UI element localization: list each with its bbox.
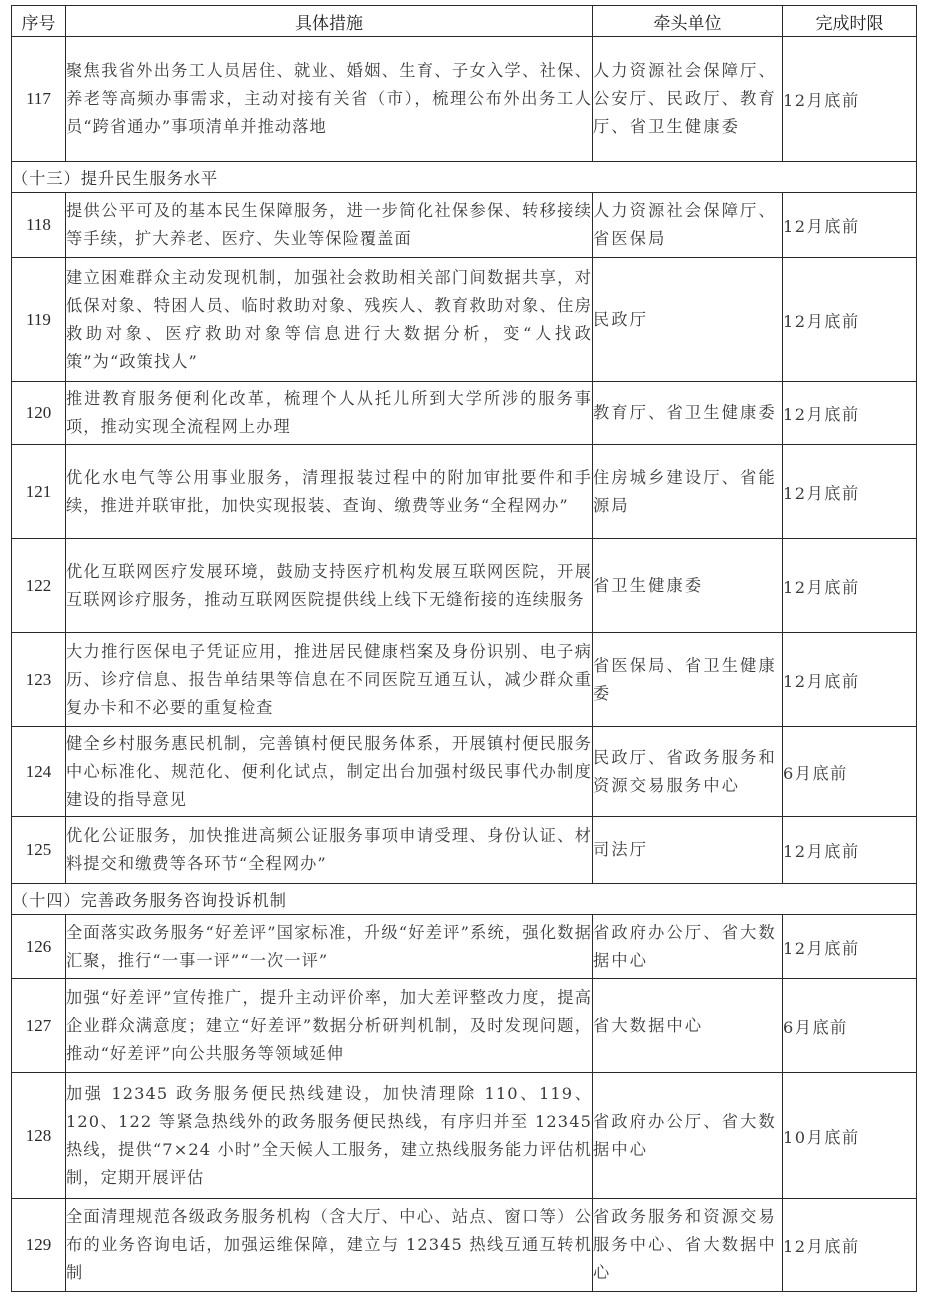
row-deadline: 12月底前 [783,37,917,162]
row-measure: 聚焦我省外出务工人员居住、就业、婚姻、生育、子女入学、社保、养老等高频办事需求，… [66,37,593,162]
table-row: 122 优化互联网医疗发展环境，鼓励支持医疗机构发展互联网医院，开展互联网诊疗服… [12,539,917,633]
section-row: （十三）提升民生服务水平 [12,162,917,193]
row-number: 124 [12,727,66,817]
measures-table: 序号 具体措施 牵头单位 完成时限 117 聚焦我省外出务工人员居住、就业、婚姻… [11,5,917,1292]
row-deadline: 12月底前 [783,1199,917,1292]
row-number: 122 [12,539,66,633]
row-measure: 提供公平可及的基本民生保障服务，进一步简化社保参保、转移接续等手续，扩大养老、医… [66,193,593,258]
table-row: 127 加强“好差评”宣传推广，提升主动评价率，加大差评整改力度，提高企业群众满… [12,979,917,1073]
row-measure: 全面落实政务服务“好差评”国家标准，升级“好差评”系统，强化数据汇聚，推行“一事… [66,915,593,979]
row-number: 126 [12,915,66,979]
row-number: 121 [12,445,66,539]
table-row: 129 全面清理规范各级政务服务机构（含大厅、中心、站点、窗口等）公布的业务咨询… [12,1199,917,1292]
row-dept: 省政务服务和资源交易服务中心、省大数据中心 [593,1199,783,1292]
row-number: 118 [12,193,66,258]
header-measure: 具体措施 [66,6,593,37]
table-row: 117 聚焦我省外出务工人员居住、就业、婚姻、生育、子女入学、社保、养老等高频办… [12,37,917,162]
row-measure: 推进教育服务便利化改革，梳理个人从托儿所到大学所涉的服务事项，推动实现全流程网上… [66,382,593,445]
table-row: 123 大力推行医保电子凭证应用，推进居民健康档案及身份识别、电子病历、诊疗信息… [12,633,917,727]
row-measure: 全面清理规范各级政务服务机构（含大厅、中心、站点、窗口等）公布的业务咨询电话，加… [66,1199,593,1292]
row-dept: 住房城乡建设厅、省能源局 [593,445,783,539]
row-measure: 大力推行医保电子凭证应用，推进居民健康档案及身份识别、电子病历、诊疗信息、报告单… [66,633,593,727]
row-dept: 省卫生健康委 [593,539,783,633]
table-row: 126 全面落实政务服务“好差评”国家标准，升级“好差评”系统，强化数据汇聚，推… [12,915,917,979]
header-deadline: 完成时限 [783,6,917,37]
row-dept: 民政厅 [593,258,783,382]
row-measure: 优化互联网医疗发展环境，鼓励支持医疗机构发展互联网医院，开展互联网诊疗服务，推动… [66,539,593,633]
header-no: 序号 [12,6,66,37]
header-dept: 牵头单位 [593,6,783,37]
row-number: 125 [12,817,66,884]
row-measure: 优化水电气等公用事业服务，清理报装过程中的附加审批要件和手续，推进并联审批，加快… [66,445,593,539]
row-dept: 省政府办公厅、省大数据中心 [593,1073,783,1199]
row-number: 119 [12,258,66,382]
row-dept: 省医保局、省卫生健康委 [593,633,783,727]
row-dept: 省政府办公厅、省大数据中心 [593,915,783,979]
row-deadline: 12月底前 [783,382,917,445]
table-row: 119 建立困难群众主动发现机制，加强社会救助相关部门间数据共享，对低保对象、特… [12,258,917,382]
table-row: 128 加强 12345 政务服务便民热线建设，加快清理除 110、119、12… [12,1073,917,1199]
section-title: （十四）完善政务服务咨询投诉机制 [12,884,917,915]
row-deadline: 12月底前 [783,258,917,382]
row-measure: 建立困难群众主动发现机制，加强社会救助相关部门间数据共享，对低保对象、特困人员、… [66,258,593,382]
row-number: 123 [12,633,66,727]
row-number: 128 [12,1073,66,1199]
table-row: 121 优化水电气等公用事业服务，清理报装过程中的附加审批要件和手续，推进并联审… [12,445,917,539]
row-deadline: 12月底前 [783,633,917,727]
row-number: 117 [12,37,66,162]
row-deadline: 10月底前 [783,1073,917,1199]
row-deadline: 12月底前 [783,445,917,539]
row-measure: 健全乡村服务惠民机制，完善镇村便民服务体系，开展镇村便民服务中心标准化、规范化、… [66,727,593,817]
row-deadline: 12月底前 [783,539,917,633]
table-row: 125 优化公证服务，加快推进高频公证服务事项申请受理、身份认证、材料提交和缴费… [12,817,917,884]
row-deadline: 6月底前 [783,727,917,817]
row-dept: 人力资源社会保障厅、省医保局 [593,193,783,258]
row-dept: 民政厅、省政务服务和资源交易服务中心 [593,727,783,817]
row-number: 129 [12,1199,66,1292]
row-deadline: 12月底前 [783,193,917,258]
row-measure: 加强“好差评”宣传推广，提升主动评价率，加大差评整改力度，提高企业群众满意度；建… [66,979,593,1073]
section-row: （十四）完善政务服务咨询投诉机制 [12,884,917,915]
row-deadline: 12月底前 [783,817,917,884]
row-dept: 省大数据中心 [593,979,783,1073]
table-row: 124 健全乡村服务惠民机制，完善镇村便民服务体系，开展镇村便民服务中心标准化、… [12,727,917,817]
section-title: （十三）提升民生服务水平 [12,162,917,193]
header-row: 序号 具体措施 牵头单位 完成时限 [12,6,917,37]
row-number: 120 [12,382,66,445]
row-number: 127 [12,979,66,1073]
row-deadline: 12月底前 [783,915,917,979]
row-dept: 司法厅 [593,817,783,884]
table-row: 120 推进教育服务便利化改革，梳理个人从托儿所到大学所涉的服务事项，推动实现全… [12,382,917,445]
table-row: 118 提供公平可及的基本民生保障服务，进一步简化社保参保、转移接续等手续，扩大… [12,193,917,258]
row-deadline: 6月底前 [783,979,917,1073]
row-measure: 加强 12345 政务服务便民热线建设，加快清理除 110、119、120、12… [66,1073,593,1199]
row-dept: 人力资源社会保障厅、公安厅、民政厅、教育厅、省卫生健康委 [593,37,783,162]
row-dept: 教育厅、省卫生健康委 [593,382,783,445]
row-measure: 优化公证服务，加快推进高频公证服务事项申请受理、身份认证、材料提交和缴费等各环节… [66,817,593,884]
